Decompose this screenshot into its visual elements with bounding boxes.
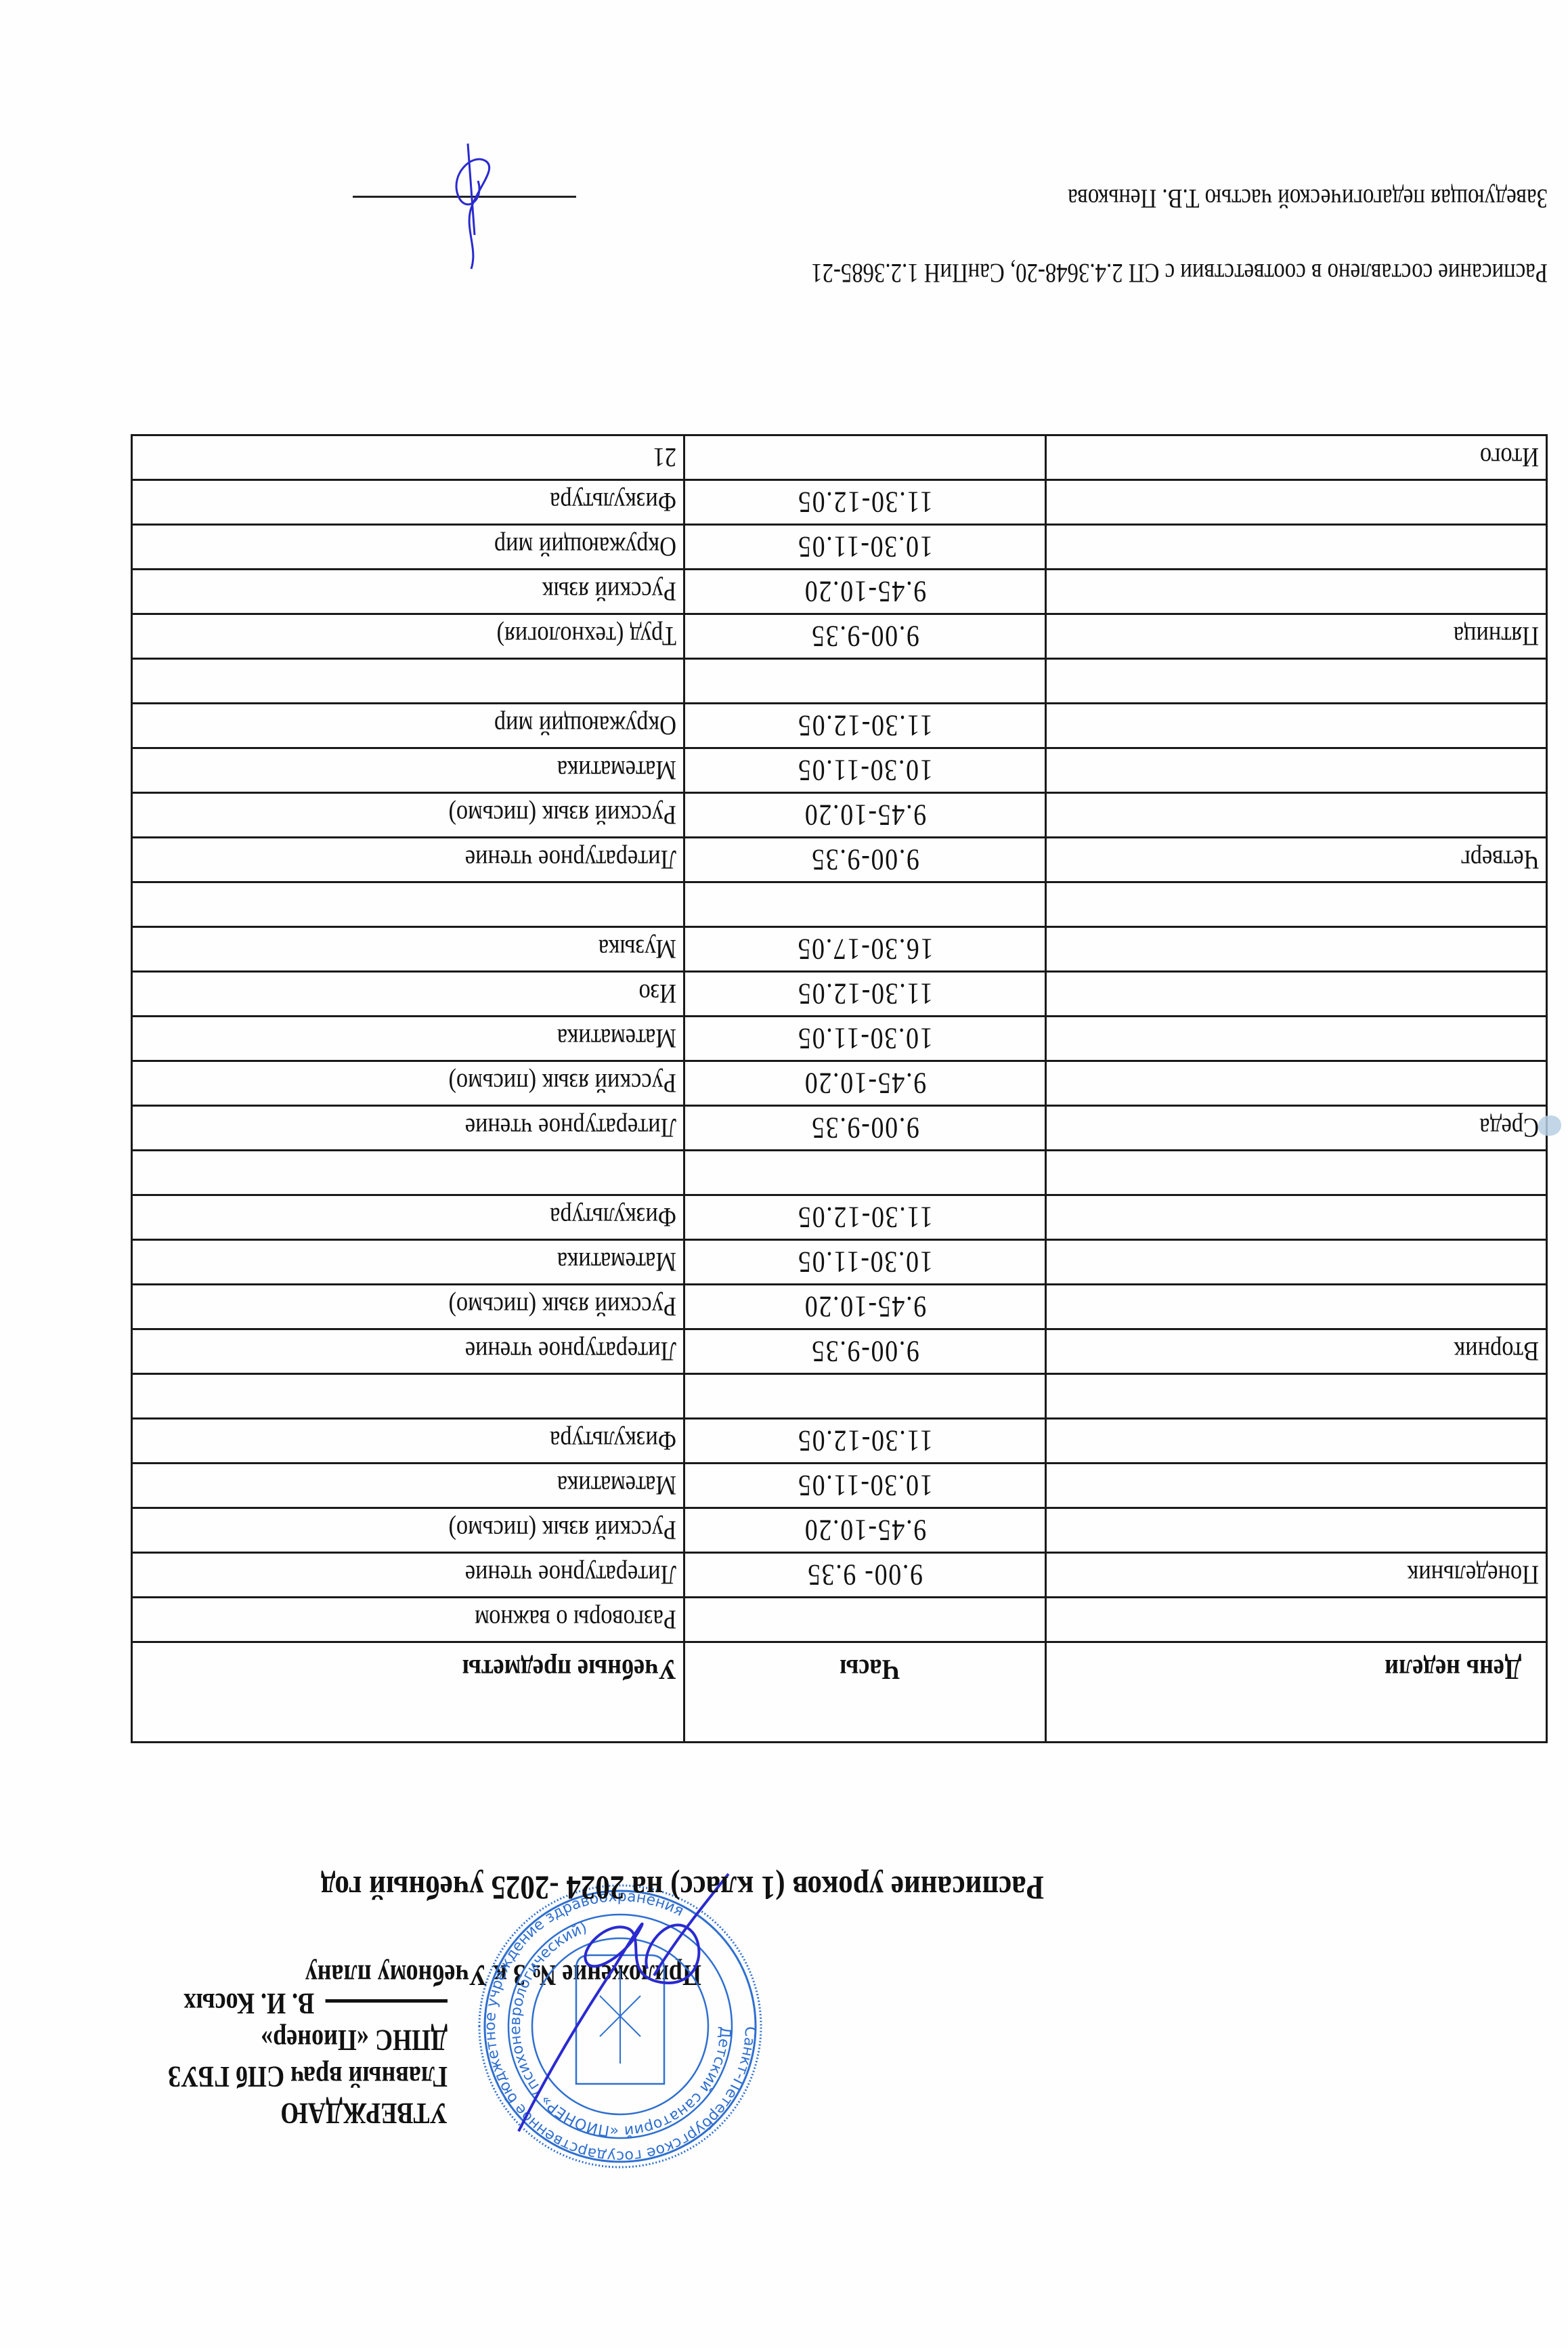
hours-cell: 10.30-11.05: [684, 1240, 1046, 1285]
day-cell-text: Пятница: [1454, 620, 1539, 652]
day-cell: [1046, 1151, 1547, 1195]
hours-cell-text: 10.30-11.05: [797, 753, 932, 788]
hours-cell: 11.30-12.05: [684, 1419, 1046, 1464]
day-cell: [1046, 972, 1547, 1017]
hours-cell-text: 9.00-9.35: [810, 1111, 919, 1145]
schedule-table: День недели Часы Учебные предметы Разгов…: [131, 434, 1548, 1743]
hours-cell: 10.30-11.05: [684, 1017, 1046, 1061]
hours-cell-text: 9.45-10.20: [804, 1066, 926, 1101]
subject-cell: Математика: [132, 1464, 684, 1508]
hours-cell: [684, 659, 1046, 704]
hours-cell: 9.45-10.20: [684, 1285, 1046, 1329]
compliance-note: Расписание составлено в соответствии с С…: [811, 257, 1548, 289]
hours-cell-text: 10.30-11.05: [797, 530, 932, 564]
day-cell: [1046, 1508, 1547, 1553]
day-cell: [1046, 927, 1547, 972]
subject-cell: Труд (технология): [132, 614, 684, 659]
table-row: Понедельник9.00- 9.35Литературное чтение: [132, 1553, 1547, 1598]
table-row: 11.30-12.05Физкультура: [132, 1195, 1547, 1240]
hours-cell-text: 11.30-12.05: [797, 977, 932, 1011]
approval-block: УТВЕРЖДАЮ Главный врач СПб ГБУЗ ДПНС «Пи…: [137, 1985, 448, 2131]
approval-position-line1: Главный врач СПб ГБУЗ: [137, 2058, 448, 2095]
day-cell-text: Четверг: [1461, 844, 1539, 876]
subject-cell-text: Русский язык (письмо): [448, 1067, 676, 1099]
subject-cell: Физкультура: [132, 480, 684, 525]
table-row: 10.30-11.05Математика: [132, 1464, 1547, 1508]
day-cell: Пятница: [1046, 614, 1547, 659]
hours-cell-text: 11.30-12.05: [797, 708, 932, 743]
subject-cell-text: Русский язык: [542, 576, 676, 607]
hours-cell: 9.00- 9.35: [684, 1553, 1046, 1598]
table-row: 9.45-10.20Русский язык (письмо): [132, 1285, 1547, 1329]
footer-signature-icon: [404, 140, 512, 276]
table-row: Среда9.00-9.35Литературное чтение: [132, 1106, 1547, 1151]
day-cell: [1046, 793, 1547, 838]
table-row: Вторник9.00-9.35Литературное чтение: [132, 1329, 1547, 1374]
subject-cell: Литературное чтение: [132, 838, 684, 882]
subject-cell-text: 21: [653, 442, 676, 473]
table-row: 10.30-11.05Математика: [132, 1240, 1547, 1285]
hours-cell: [684, 882, 1046, 927]
table-row: 16.30-17.05Музыка: [132, 927, 1547, 972]
subject-cell: Математика: [132, 1017, 684, 1061]
hours-cell: [684, 1151, 1046, 1195]
subject-cell: 21: [132, 435, 684, 480]
table-row: 10.30-11.05Окружающий мир: [132, 525, 1547, 570]
subject-cell: Русский язык (письмо): [132, 1285, 684, 1329]
hours-cell: 11.30-12.05: [684, 480, 1046, 525]
day-cell: [1046, 704, 1547, 748]
subject-cell-text: Литературное чтение: [465, 844, 676, 876]
ink-smudge: [1538, 1115, 1561, 1136]
subject-cell-text: Изо: [639, 978, 676, 1010]
day-cell: Четверг: [1046, 838, 1547, 882]
subject-cell-text: Математика: [557, 1023, 676, 1054]
subject-cell-text: Математика: [557, 1246, 676, 1278]
subject-cell: Изо: [132, 972, 684, 1017]
table-row: 11.30-12.05Изо: [132, 972, 1547, 1017]
subject-cell-text: Литературное чтение: [465, 1112, 676, 1144]
header-hours: Часы: [684, 1642, 1046, 1743]
approval-heading: УТВЕРЖДАЮ: [137, 2095, 448, 2131]
schedule-body: Разговоры о важномПонедельник9.00- 9.35Л…: [132, 435, 1547, 1642]
day-cell: Итого: [1046, 435, 1547, 480]
hours-cell-text: 16.30-17.05: [797, 932, 934, 966]
hours-cell-text: 9.00-9.35: [810, 619, 919, 654]
day-cell: [1046, 1195, 1547, 1240]
approval-position-line2: ДПНС «Пионер»: [137, 2022, 448, 2058]
subject-cell-text: Музыка: [598, 933, 676, 965]
subject-cell: Окружающий мир: [132, 525, 684, 570]
table-row: [132, 882, 1547, 927]
day-cell: [1046, 1285, 1547, 1329]
document-page: УТВЕРЖДАЮ Главный врач СПб ГБУЗ ДПНС «Пи…: [0, 0, 1568, 2348]
subject-cell-text: Окружающий мир: [494, 710, 676, 742]
table-row: 11.30-12.05Физкультура: [132, 480, 1547, 525]
hours-cell-text: 9.45-10.20: [804, 1289, 926, 1324]
subject-cell: Математика: [132, 1240, 684, 1285]
table-row: Четверг9.00-9.35Литературное чтение: [132, 838, 1547, 882]
day-cell: [1046, 882, 1547, 927]
subject-cell-text: Труд (технология): [497, 620, 676, 652]
subject-cell: Русский язык: [132, 570, 684, 614]
subject-cell-text: Литературное чтение: [465, 1336, 676, 1367]
table-row: Итого21: [132, 435, 1547, 480]
hours-cell: 9.00-9.35: [684, 1106, 1046, 1151]
table-row: 9.45-10.20Русский язык (письмо): [132, 793, 1547, 838]
subject-cell-text: Русский язык (письмо): [448, 1291, 676, 1323]
table-row: [132, 1374, 1547, 1419]
day-cell: [1046, 1374, 1547, 1419]
hours-cell: 16.30-17.05: [684, 927, 1046, 972]
table-row: [132, 1151, 1547, 1195]
hours-cell-text: 9.00-9.35: [810, 1334, 919, 1369]
subject-cell: Литературное чтение: [132, 1329, 684, 1374]
hours-cell: 10.30-11.05: [684, 748, 1046, 793]
subject-cell: Литературное чтение: [132, 1106, 684, 1151]
hours-cell: 9.00-9.35: [684, 614, 1046, 659]
hours-cell-text: 11.30-12.05: [797, 1200, 932, 1235]
approval-signatory: В. И. Косых: [183, 1987, 314, 2020]
table-row: 9.45-10.20Русский язык (письмо): [132, 1061, 1547, 1106]
day-cell: [1046, 1598, 1547, 1642]
table-row: 9.45-10.20Русский язык (письмо): [132, 1508, 1547, 1553]
hours-cell: 9.45-10.20: [684, 570, 1046, 614]
subject-cell-text: Математика: [557, 1470, 676, 1501]
hours-cell: 11.30-12.05: [684, 1195, 1046, 1240]
subject-cell-text: Окружающий мир: [494, 531, 676, 563]
table-row: 10.30-11.05Математика: [132, 748, 1547, 793]
day-cell: [1046, 1240, 1547, 1285]
hours-cell: 9.45-10.20: [684, 1061, 1046, 1106]
subject-cell: [132, 1151, 684, 1195]
subject-cell: Литературное чтение: [132, 1553, 684, 1598]
subject-cell: Физкультура: [132, 1195, 684, 1240]
hours-cell-text: 10.30-11.05: [797, 1245, 932, 1279]
day-cell-text: Вторник: [1454, 1336, 1539, 1367]
table-row: 11.30-12.05Окружающий мир: [132, 704, 1547, 748]
hours-cell-text: 9.00-9.35: [810, 842, 919, 877]
header-subjects: Учебные предметы: [132, 1642, 684, 1743]
subject-cell-text: Русский язык (письмо): [448, 1514, 676, 1546]
subject-cell: Математика: [132, 748, 684, 793]
day-cell: Вторник: [1046, 1329, 1547, 1374]
table-header-row: День недели Часы Учебные предметы: [132, 1642, 1547, 1743]
subject-cell-text: Физкультура: [550, 1425, 676, 1457]
subject-cell: Русский язык (письмо): [132, 1508, 684, 1553]
hours-cell-text: 9.45-10.20: [804, 574, 926, 609]
hours-cell: [684, 1598, 1046, 1642]
day-cell: [1046, 525, 1547, 570]
subject-cell: [132, 1374, 684, 1419]
day-cell: [1046, 748, 1547, 793]
page-title: Расписание уроков (1 класс) на 2024 -202…: [0, 1869, 1568, 1908]
hours-cell: 9.00-9.35: [684, 838, 1046, 882]
subject-cell-text: Русский язык (письмо): [448, 799, 676, 831]
table-row: 10.30-11.05Математика: [132, 1017, 1547, 1061]
hours-cell: 11.30-12.05: [684, 972, 1046, 1017]
hours-cell: 9.45-10.20: [684, 1508, 1046, 1553]
day-cell: [1046, 1464, 1547, 1508]
day-cell-text: Среда: [1479, 1112, 1539, 1144]
day-cell: Понедельник: [1046, 1553, 1547, 1598]
signed-by: Заведующая педагогической частью Т.В. Пе…: [1068, 183, 1548, 215]
hours-cell-text: 9.45-10.20: [804, 1513, 926, 1547]
day-cell-text: Итого: [1480, 442, 1539, 473]
hours-cell: 9.00-9.35: [684, 1329, 1046, 1374]
hours-cell-text: 10.30-11.05: [797, 1468, 932, 1503]
hours-cell-text: 9.00- 9.35: [807, 1558, 923, 1592]
subject-cell: Русский язык (письмо): [132, 793, 684, 838]
subject-cell: Окружающий мир: [132, 704, 684, 748]
day-cell: [1046, 1419, 1547, 1464]
table-row: 9.45-10.20Русский язык: [132, 570, 1547, 614]
subject-cell-text: Математика: [557, 754, 676, 786]
hours-cell: 9.45-10.20: [684, 793, 1046, 838]
table-row: Разговоры о важном: [132, 1598, 1547, 1642]
day-cell: [1046, 1061, 1547, 1106]
subject-cell: Разговоры о важном: [132, 1598, 684, 1642]
day-cell: [1046, 570, 1547, 614]
table-row: 11.30-12.05Физкультура: [132, 1419, 1547, 1464]
day-cell: Среда: [1046, 1106, 1547, 1151]
subject-cell-text: Физкультура: [550, 486, 676, 518]
subject-cell-text: Литературное чтение: [465, 1559, 676, 1591]
subject-cell-text: Разговоры о важном: [475, 1604, 676, 1636]
day-cell: [1046, 1017, 1547, 1061]
table-row: Пятница9.00-9.35Труд (технология): [132, 614, 1547, 659]
table-row: [132, 659, 1547, 704]
subject-cell: Музыка: [132, 927, 684, 972]
hours-cell: 10.30-11.05: [684, 525, 1046, 570]
header-day: День недели: [1046, 1642, 1547, 1743]
signature-line: [326, 1999, 448, 2003]
day-cell-text: Понедельник: [1408, 1559, 1539, 1591]
subject-cell: Физкультура: [132, 1419, 684, 1464]
hours-cell-text: 9.45-10.20: [804, 798, 926, 832]
hours-cell: 10.30-11.05: [684, 1464, 1046, 1508]
subject-cell: [132, 659, 684, 704]
hours-cell: 11.30-12.05: [684, 704, 1046, 748]
hours-cell: [684, 435, 1046, 480]
day-cell: [1046, 480, 1547, 525]
hours-cell: [684, 1374, 1046, 1419]
hours-cell-text: 11.30-12.05: [797, 1424, 932, 1458]
hours-cell-text: 10.30-11.05: [797, 1021, 932, 1056]
subject-cell-text: Физкультура: [550, 1201, 676, 1233]
subject-cell: [132, 882, 684, 927]
subject-cell: Русский язык (письмо): [132, 1061, 684, 1106]
hours-cell-text: 11.30-12.05: [797, 485, 932, 519]
day-cell: [1046, 659, 1547, 704]
